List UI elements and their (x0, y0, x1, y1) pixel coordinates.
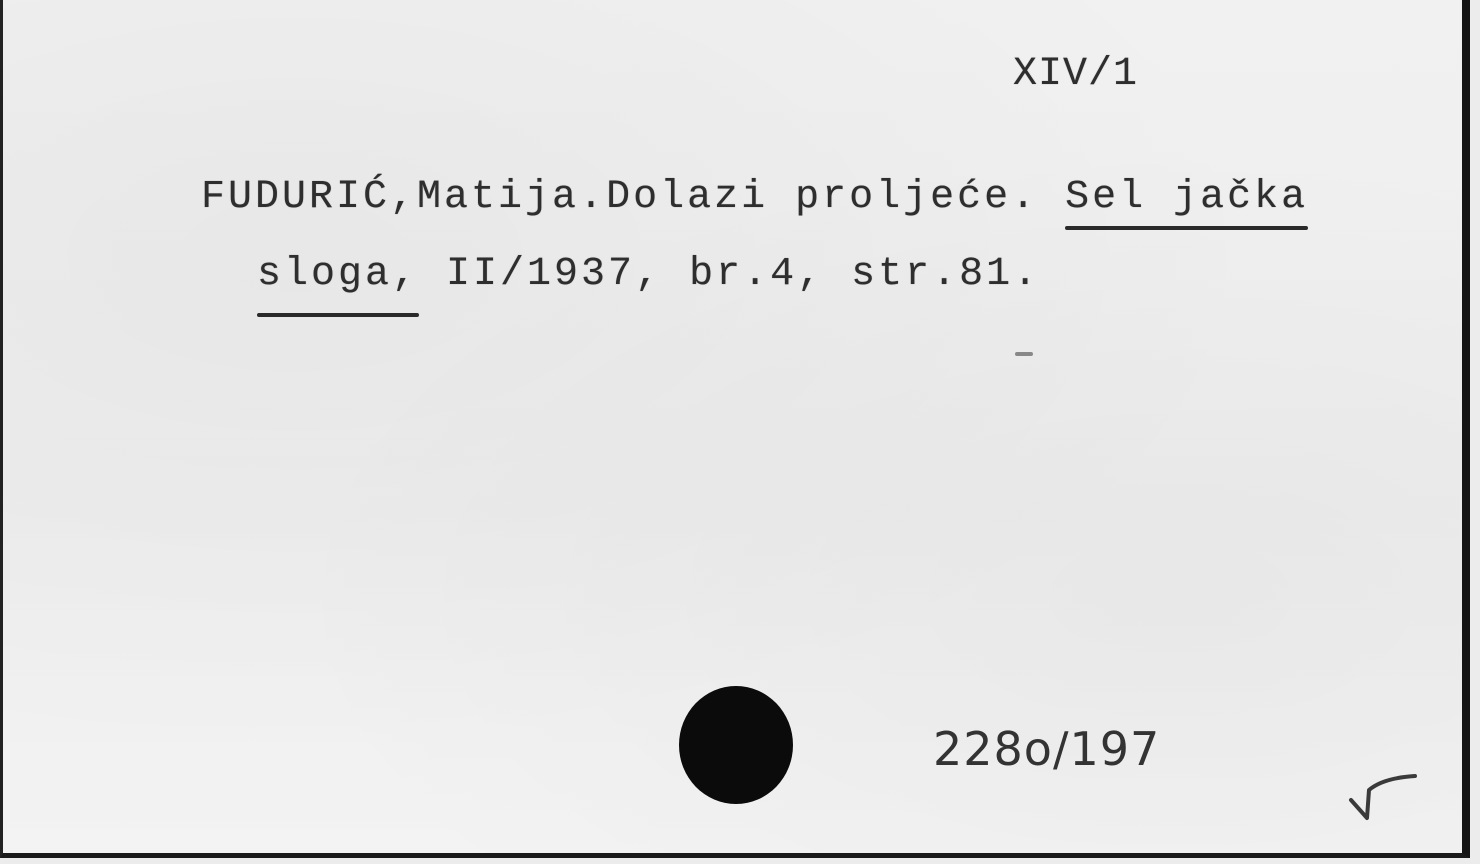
citation-details: II/1937, br.4, str.81. (419, 252, 1040, 297)
checkmark-icon (1343, 770, 1433, 840)
author: FUDURIĆ,Matija. (201, 175, 606, 220)
catalog-card: XIV/1 FUDURIĆ,Matija.Dolazi proljeće. Se… (0, 0, 1470, 858)
source-title-part-2: sloga, (257, 252, 419, 297)
entry-line-1: FUDURIĆ,Matija.Dolazi proljeće. Sel jačk… (201, 175, 1308, 220)
classmark: XIV/1 (1013, 52, 1138, 97)
entry-line-2: sloga, II/1937, br.4, str.81. (257, 252, 1040, 297)
source-title-part-1: Sel jačka (1065, 175, 1308, 220)
accession-number: 228o/197 (933, 722, 1160, 776)
punch-hole (679, 686, 793, 804)
title: Dolazi proljeće. (606, 175, 1065, 220)
ink-speck (1015, 352, 1033, 356)
